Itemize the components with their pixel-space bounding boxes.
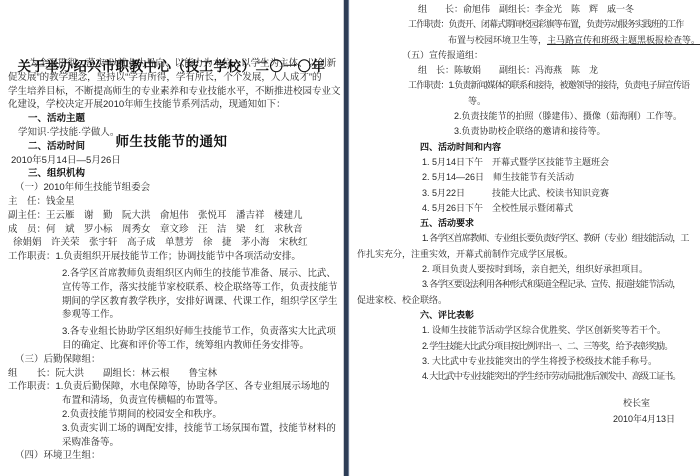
text-line: 促发展”的教学理念，坚持以“学有所得，学有所长，个个发展，人人成才”的: [8, 71, 343, 85]
names-line: 徐娟娟 许关荣 张宇轩 高子成 单慧芳 徐 捷 茅小海 宋秋红: [8, 236, 343, 250]
text-line: 为全面贯彻、落实“以就业为导向、以能力为本位、以学生为主体、以创新: [8, 57, 343, 71]
right-page-body: 组 长：俞旭伟 副组长：李金光 陈 辉 戚一冬 工作职责：负责开、闭幕式期间校园…: [350, 2, 700, 427]
text-line: 3.负责协助校企联络的邀请和接待等。: [350, 124, 700, 139]
text-line: 期间的学区教育教学秩序，安排好调课、代课工作，组织学区学生: [8, 295, 343, 309]
text-line: 作扎实充分，注重实效，开幕式前制作完成学区展板。: [350, 247, 700, 262]
text-line: 2.各学区首席教师负责组织区内师生的技能节准备、展示、比武、: [8, 267, 343, 281]
subsection-label: （五）宣传报道组：: [350, 48, 700, 63]
names-line: 组 长：俞旭伟 副组长：李金光 陈 辉 戚一冬: [350, 2, 700, 17]
schedule-item: 3. 5月22日 技能大比武、校读书知识竞赛: [350, 186, 700, 201]
subsection-label: （三）后勤保障组：: [8, 353, 343, 367]
underlined-text-fragment: 主马路宣传和班级主题黑板报检查等。: [547, 35, 700, 45]
text-line: 布置和清场，负责宣传横幅的布置等。: [8, 394, 343, 408]
text-line: 2010年5月14日—5月26日: [8, 154, 343, 168]
page-gap-divider: [343, 0, 350, 476]
section-heading: 五、活动要求: [350, 216, 700, 231]
text-line: 促进家校、校企联络。: [350, 293, 700, 308]
schedule-item: 4. 5月26日下午 全校性展示暨闭幕式: [350, 201, 700, 216]
text-line: 工作职责：1.负责组织开展技能节工作；协调技能节中各项活动安排。: [8, 250, 343, 264]
text-line: 采购准备等。: [8, 436, 343, 450]
text-line: 化建设，学校决定开展2010年师生技能节系列活动，现通知如下：: [8, 98, 343, 112]
names-line: 成 员：何 斌 罗小标 周秀女 章文珍 汪 洁 梁 红 求秋音: [8, 223, 343, 237]
text-line: 目的确定、比赛和评价等工作，统筹组内教师任务安排等。: [8, 339, 343, 353]
text-line: 工作职责：1.负责新闻媒体的联系和接待，被邀领导的接待，负责电子屏宣传语: [350, 78, 700, 93]
schedule-item: 1. 5月14日下午 开幕式暨学区技能节主题班会: [350, 155, 700, 170]
text-fragment: 布置与校园环境卫生等，: [448, 35, 547, 45]
text-line: 4. 大比武中专业技能突出的学生经市劳动局批准后颁发中、高级工证书。: [350, 369, 700, 384]
text-line: 3. 各学区要设法利用各种形式和渠道全程记录、宣传、报道技能节活动，: [350, 277, 700, 292]
text-line: 3.负责实训工场的调配安排，技能节工场氛围布置，技能节材料的: [8, 422, 343, 436]
subsection-label: （一）2010年师生技能节组委会: [8, 181, 343, 195]
names-line: 组 长：阮大洪 副组长：林云根 鲁宝林: [8, 367, 343, 381]
document-spread: 关于举办绍兴市职教中心（技工学校）二〇一〇年 师生技能节的通知 为全面贯彻、落实…: [0, 0, 700, 476]
text-line: 工作职责：1.负责后勤保障，水电保障等，协助各学区、各专业组展示场地的: [8, 380, 343, 394]
names-line: 组 长：陈敏娟 副组长：冯海燕 陈 龙: [350, 63, 700, 78]
text-line: 2. 学生技能大比武分项目按比例评出一、二、三等奖，给予表彰奖励。: [350, 339, 700, 354]
text-line: 3. 大比武中专业技能突出的学生将授予校级技术能手称号。: [350, 354, 700, 369]
text-line: 2.负责技能节的拍照（滕建伟）、摄像（茹海刚）工作等。: [350, 109, 700, 124]
page-left: 关于举办绍兴市职教中心（技工学校）二〇一〇年 师生技能节的通知 为全面贯彻、落实…: [0, 0, 343, 476]
section-heading: 二、活动时间: [8, 140, 343, 154]
section-heading: 三、组织机构: [8, 167, 343, 181]
text-line: 学生培养目标，不断提高师生的专业素养和专业技能水平，不断推进校园专业文: [8, 85, 343, 99]
text-line: 工作职责：负责开、闭幕式期间校园彩旗等布置，负责劳动服务实践班的工作: [350, 17, 700, 32]
page-right: 组 长：俞旭伟 副组长：李金光 陈 辉 戚一冬 工作职责：负责开、闭幕式期间校园…: [350, 0, 700, 476]
text-line: 2. 项目负责人要按时到场，亲自把关，组织好承担项目。: [350, 262, 700, 277]
left-page-body: 为全面贯彻、落实“以就业为导向、以能力为本位、以学生为主体、以创新 促发展”的教…: [8, 57, 343, 463]
subsection-label: （四）环境卫生组：: [8, 449, 343, 463]
text-line: 3.各专业组长协助学区组织好师生技能节工作，负责落实大比武项: [8, 325, 343, 339]
text-line: 等。: [350, 94, 700, 109]
text-line: 宣传等工作，落实技能节家校联系、校企联络等工作，负责技能节: [8, 281, 343, 295]
text-line: 学知识·学技能·学做人。: [8, 126, 343, 140]
section-heading: 四、活动时间和内容: [350, 140, 700, 155]
text-line: 布置与校园环境卫生等，主马路宣传和班级主题黑板报检查等。: [350, 33, 700, 48]
text-line: 2.负责技能节期间的校园安全和秩序。: [8, 408, 343, 422]
signature-line: 校长室: [350, 396, 700, 411]
section-heading: 六、评比表彰: [350, 308, 700, 323]
names-line: 副主任：王云雁 谢 勤 阮大洪 俞旭伟 张悦耳 潘吉祥 楼建儿: [8, 209, 343, 223]
text-line: 参观等工作。: [8, 308, 343, 322]
date-line: 2010年4月13日: [350, 412, 700, 427]
names-line: 主 任：钱金星: [8, 195, 343, 209]
schedule-item: 2. 5月14—26日 师生技能节有关活动: [350, 170, 700, 185]
text-line: 1. 各学区首席教师、专业组长要负责好学区、教研（专业）组技能活动，工: [350, 231, 700, 246]
section-heading: 一、活动主题: [8, 112, 343, 126]
text-line: 1. 设师生技能节活动学区综合优胜奖、学区创新奖等若干个。: [350, 323, 700, 338]
